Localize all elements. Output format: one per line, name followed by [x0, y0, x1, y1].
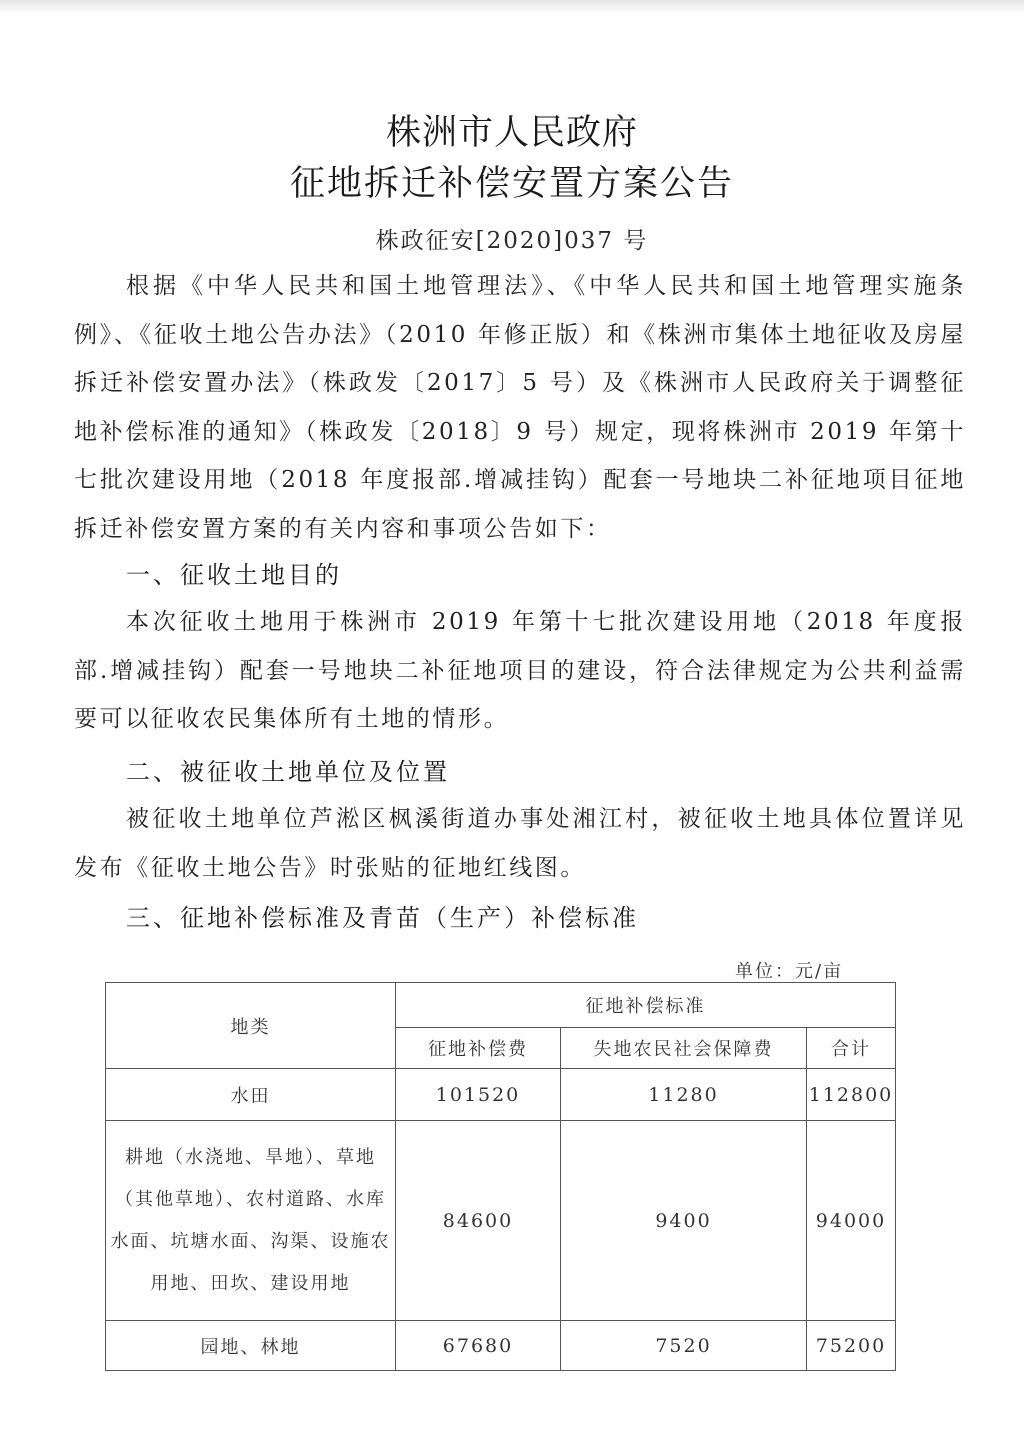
- document-title-line2: 征地拆迁补偿安置方案公告: [0, 164, 1024, 204]
- table-row: 园地、林地 67680 7520 75200: [106, 1321, 896, 1371]
- section-heading-purpose: 一、征收土地目的: [126, 555, 342, 590]
- compensation-table: 地类 征地补偿标准 征地补偿费 失地农民社会保障费 合计 水田 101520 1…: [105, 982, 896, 1371]
- cell-compensation: 67680: [396, 1321, 561, 1371]
- scan-edge: [0, 0, 1024, 14]
- table-row: 耕地（水浇地、旱地）、草地（其他草地）、农村道路、水库水面、坑塘水面、沟渠、设施…: [106, 1121, 896, 1321]
- cell-total: 94000: [807, 1121, 896, 1321]
- section-heading-location: 二、被征收土地单位及位置: [126, 752, 450, 787]
- cell-compensation: 101520: [396, 1069, 561, 1121]
- document-number: 株政征安[2020]037 号: [0, 222, 1024, 255]
- table-header-row: 地类 征地补偿标准: [106, 983, 896, 1028]
- cell-land-type: 园地、林地: [106, 1321, 396, 1371]
- header-total: 合计: [807, 1028, 896, 1069]
- cell-total: 112800: [807, 1069, 896, 1121]
- section-heading-standards: 三、征地补偿标准及青苗（生产）补偿标准: [126, 898, 639, 933]
- cell-total: 75200: [807, 1321, 896, 1371]
- section-body-location: 被征收土地单位芦淞区枫溪街道办事处湘江村，被征收土地具体位置详见发布《征收土地公…: [74, 795, 966, 892]
- table-unit-label: 单位：元/亩: [735, 957, 843, 983]
- header-land-type: 地类: [106, 983, 396, 1069]
- cell-social-security: 7520: [561, 1321, 807, 1371]
- table-row: 水田 101520 11280 112800: [106, 1069, 896, 1121]
- cell-compensation: 84600: [396, 1121, 561, 1321]
- cell-social-security: 9400: [561, 1121, 807, 1321]
- header-compensation-fee: 征地补偿费: [396, 1028, 561, 1069]
- document-title-line1: 株洲市人民政府: [0, 113, 1024, 153]
- cell-land-type: 耕地（水浇地、旱地）、草地（其他草地）、农村道路、水库水面、坑塘水面、沟渠、设施…: [106, 1121, 396, 1321]
- cell-land-type: 水田: [106, 1069, 396, 1121]
- section-body-purpose: 本次征收土地用于株洲市 2019 年第十七批次建设用地（2018 年度报部.增减…: [74, 598, 966, 744]
- cell-social-security: 11280: [561, 1069, 807, 1121]
- intro-paragraph: 根据《中华人民共和国土地管理法》、《中华人民共和国土地管理实施条例》、《征收土地…: [74, 262, 966, 553]
- header-compensation-standard: 征地补偿标准: [396, 983, 896, 1028]
- header-social-security-fee: 失地农民社会保障费: [561, 1028, 807, 1069]
